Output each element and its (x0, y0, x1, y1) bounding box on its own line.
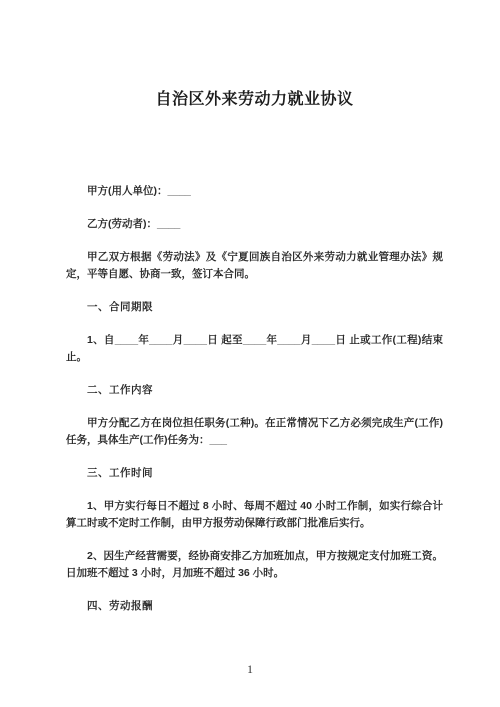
document-title: 自治区外来劳动力就业协议 (66, 89, 443, 111)
intro-paragraph: 甲乙双方根据《劳动法》及《宁夏回族自治区外来劳动力就业管理办法》规定，平等自愿、… (66, 249, 443, 283)
section1-term-paragraph: 1、自____年____月____日 起至____年____月____日 止或工… (66, 332, 443, 366)
document-page: 自治区外来劳动力就业协议 甲方(用人单位)：____ 乙方(劳动者)：____ … (0, 0, 500, 707)
section-heading-2: 二、工作内容 (66, 382, 443, 399)
section-heading-1: 一、合同期限 (66, 299, 443, 316)
page-number: 1 (0, 661, 500, 678)
party-b-line: 乙方(劳动者)：____ (66, 216, 443, 233)
section3-overtime-paragraph: 2、因生产经营需要，经协商安排乙方加班加点，甲方按规定支付加班工资。日加班不超过… (66, 548, 443, 582)
section-heading-3: 三、工作时间 (66, 465, 443, 482)
party-a-line: 甲方(用人单位)：____ (66, 183, 443, 200)
section3-hours-paragraph: 1、甲方实行每日不超过 8 小时、每周不超过 40 小时工作制，如实行综合计算工… (66, 498, 443, 532)
document-content: 自治区外来劳动力就业协议 甲方(用人单位)：____ 乙方(劳动者)：____ … (0, 0, 500, 615)
section2-work-content-paragraph: 甲方分配乙方在岗位担任职务(工种)。在正常情况下乙方必须完成生产(工作)任务，具… (66, 415, 443, 449)
section-heading-4: 四、劳动报酬 (66, 598, 443, 615)
